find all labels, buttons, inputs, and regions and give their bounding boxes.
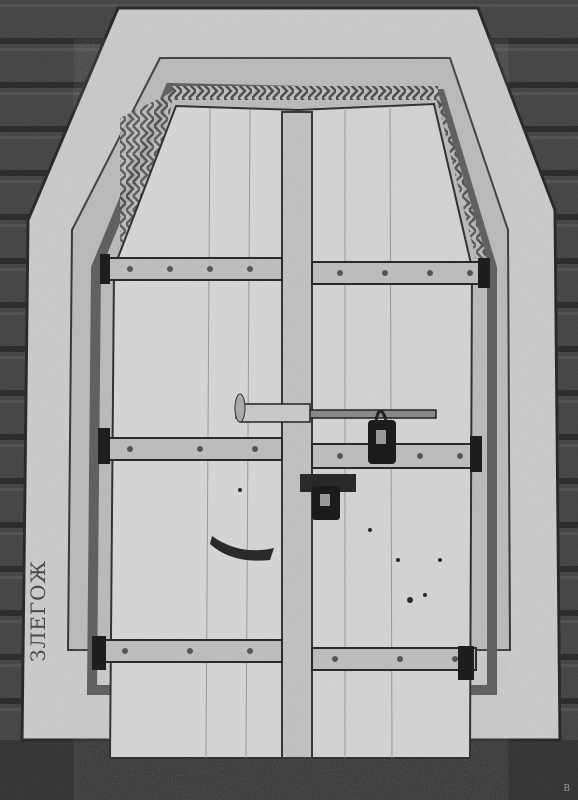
center-post [282, 112, 312, 758]
door-photograph: ЗЛЕГОЖ B [0, 0, 578, 800]
chevron-carving [172, 86, 438, 100]
carved-inscription: ЗЛЕГОЖ [26, 560, 50, 662]
door-illustration [0, 0, 578, 800]
corner-monogram: B [563, 784, 570, 794]
